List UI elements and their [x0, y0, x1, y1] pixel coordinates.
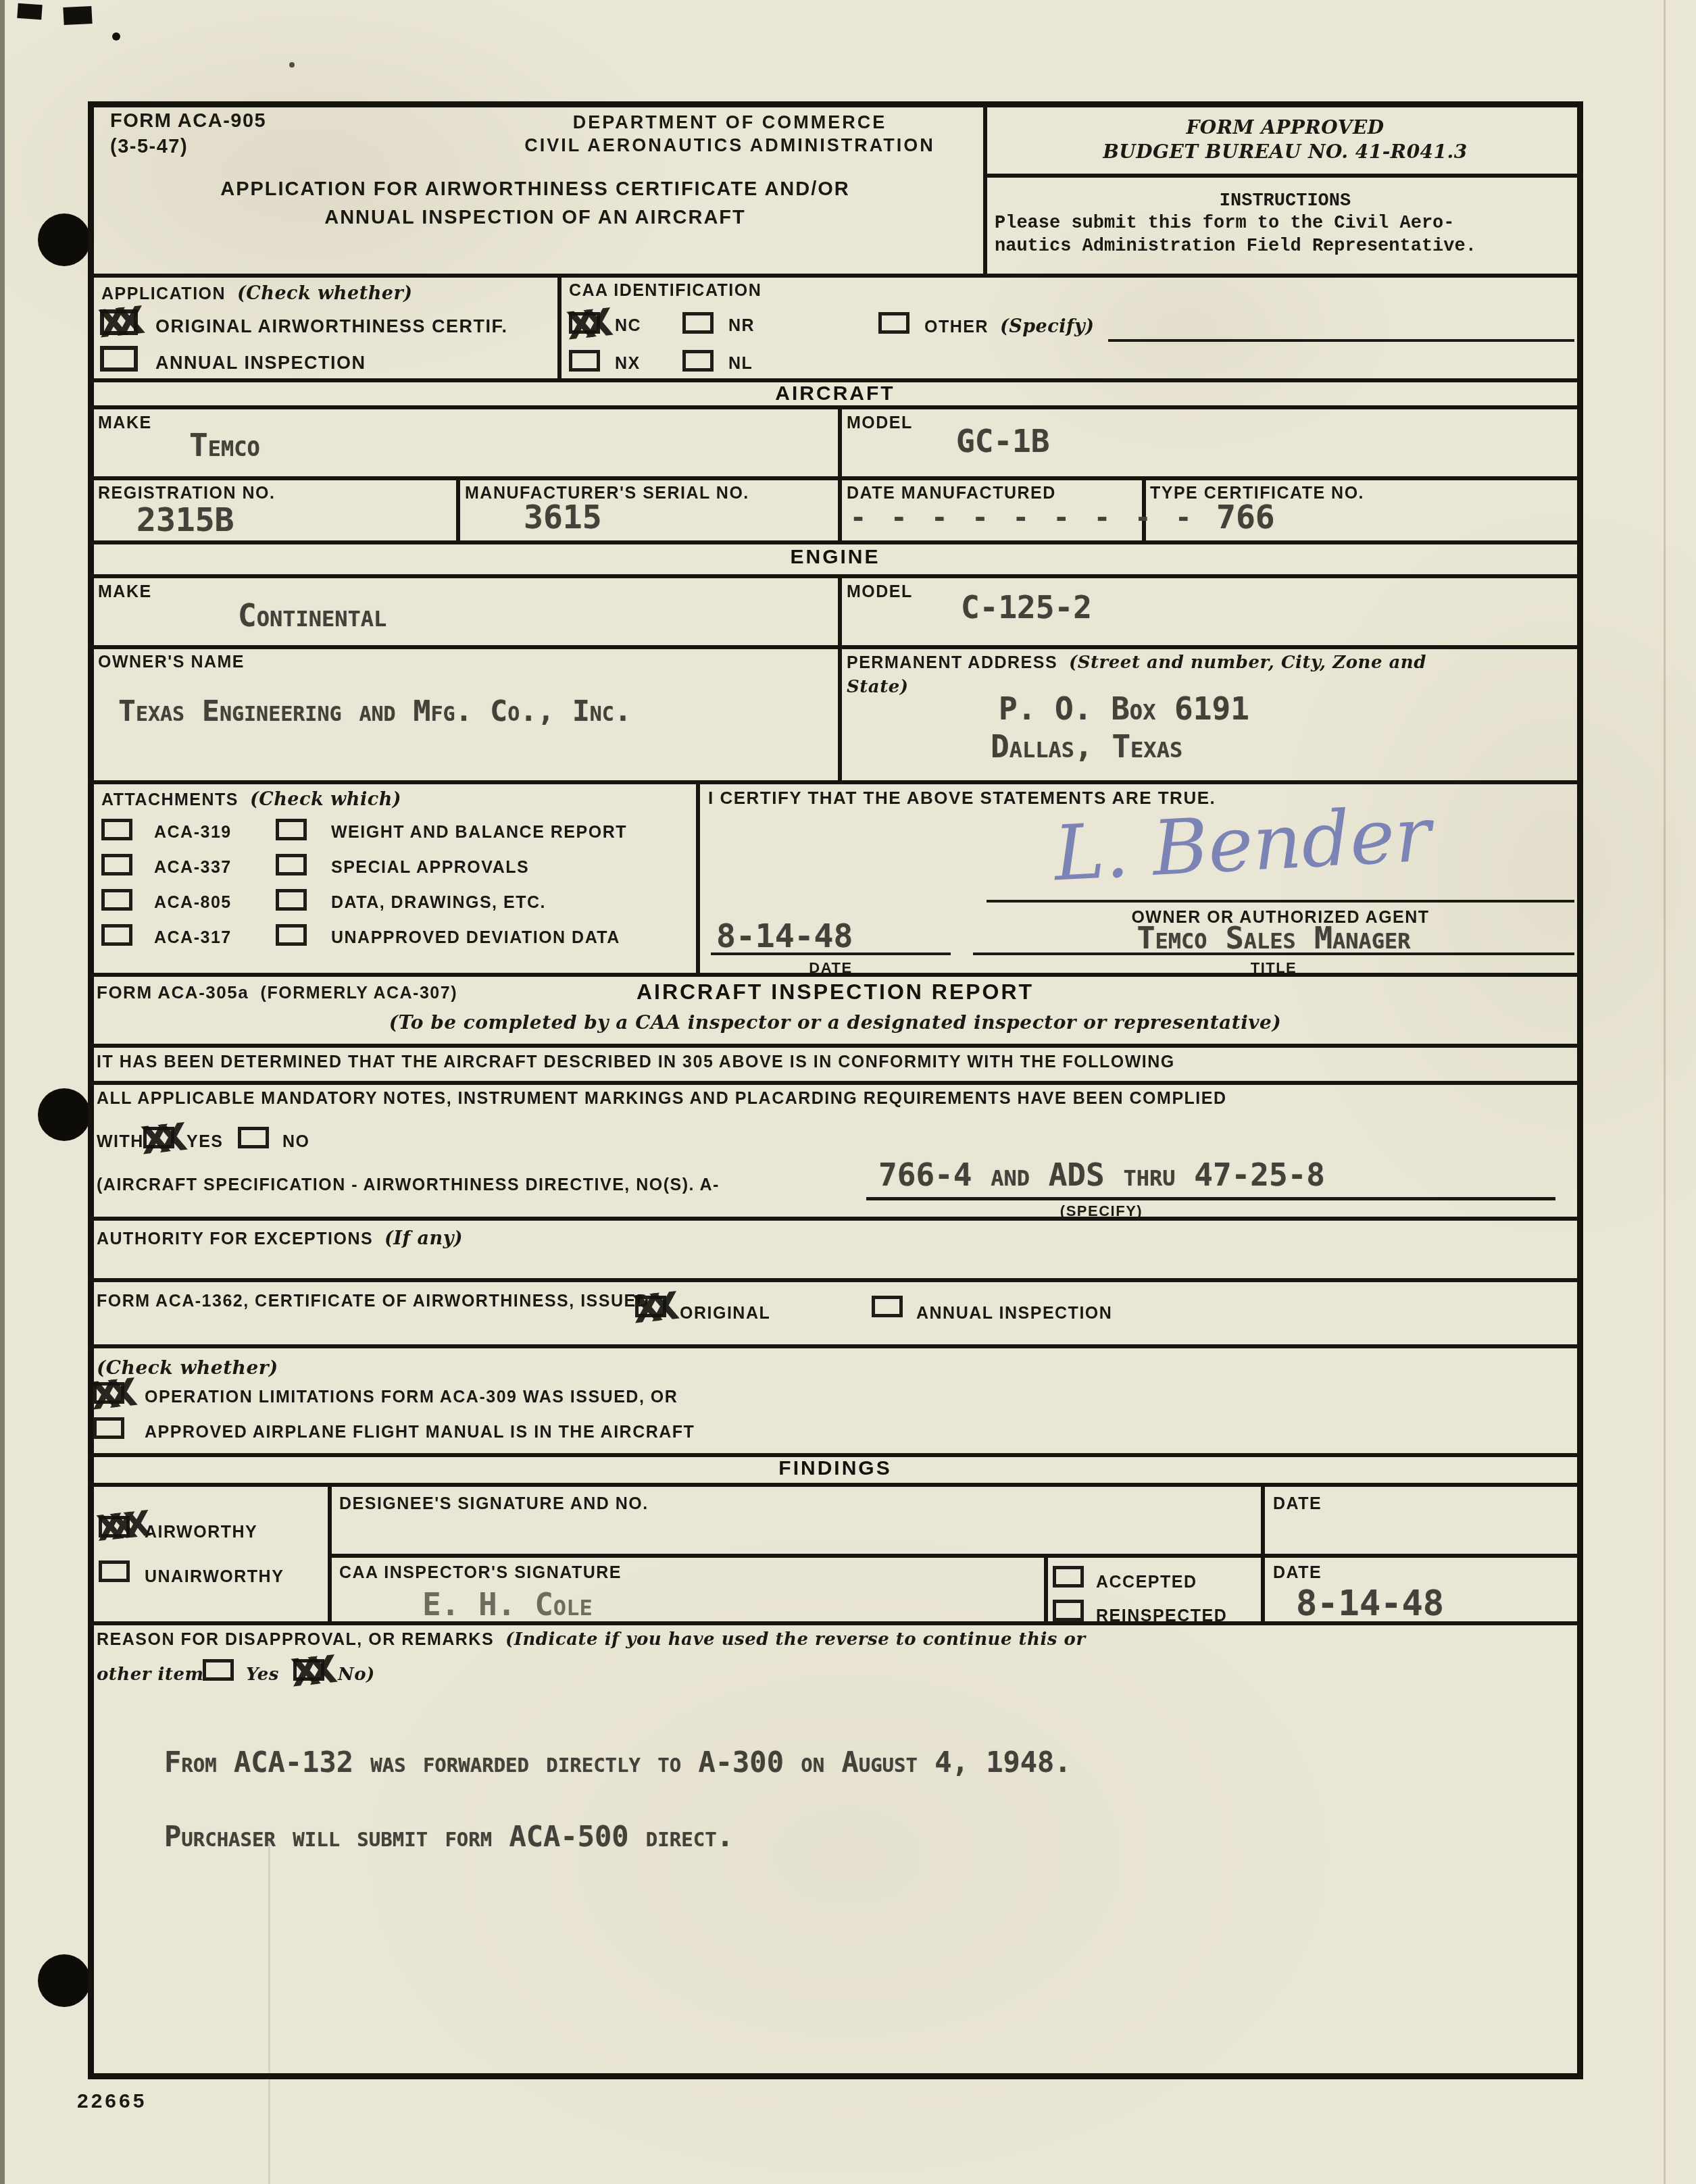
checkbox-aca-317[interactable] [101, 924, 132, 946]
dept-line1: DEPARTMENT OF COMMERCE [459, 112, 1000, 133]
attachment-label: ACA-319 [154, 823, 232, 842]
scanned-form-page: FORM ACA-905 (3-5-47) DEPARTMENT OF COMM… [0, 0, 1696, 2184]
paper-crease [1664, 0, 1666, 2184]
checkbox-annual-inspection[interactable] [100, 346, 138, 372]
signature-line[interactable] [987, 900, 1574, 903]
certify-date-value: 8-14-48 [716, 917, 853, 955]
complied-no-label: NO [282, 1132, 310, 1152]
certify-title-value: Temco Sales Manager [973, 920, 1574, 956]
attachment-label: ACA-317 [154, 928, 232, 948]
owner-address-line1: P. O. Box 6191 [999, 690, 1249, 727]
owner-address-line2: Dallas, Texas [991, 728, 1182, 765]
checkbox-data-drawings[interactable] [276, 889, 307, 911]
aca-1362-label: FORM ACA-1362, CERTIFICATE OF AIRWORTHIN… [97, 1292, 649, 1311]
attachments-hint: (Check which) [250, 789, 401, 810]
checkbox-aca-805[interactable] [101, 889, 132, 911]
checkbox-airworthy[interactable] [99, 1516, 130, 1538]
checkbox-nl[interactable] [682, 350, 714, 372]
form-approved-line2: BUDGET BUREAU NO. 41-R041.3 [988, 141, 1582, 163]
remarks-label: REASON FOR DISAPPROVAL, OR REMARKS (Indi… [97, 1629, 1086, 1650]
operation-limitations-label: OPERATION LIMITATIONS FORM ACA-309 WAS I… [145, 1388, 678, 1407]
attachments-label: ATTACHMENTS (Check which) [101, 789, 401, 810]
engine-make-value: Continental [238, 597, 386, 634]
checkbox-operation-limitations[interactable] [93, 1382, 124, 1404]
engine-model-value: C-125-2 [961, 589, 1092, 626]
unairworthy-label: UNAIRWORTHY [145, 1567, 284, 1587]
flight-manual-label: APPROVED AIRPLANE FLIGHT MANUAL IS IN TH… [145, 1423, 695, 1442]
form-approved-line1: FORM APPROVED [988, 116, 1582, 138]
remarks-hint1: (Indicate if you have used the reverse t… [505, 1629, 1086, 1650]
checkbox-reverse-no[interactable] [293, 1659, 324, 1681]
compliance-line1: ALL APPLICABLE MANDATORY NOTES, INSTRUME… [97, 1089, 1227, 1109]
checkbox-weight-balance[interactable] [276, 819, 307, 840]
reinspected-label: REINSPECTED [1096, 1606, 1227, 1626]
form-title-line1: APPLICATION FOR AIRWORTHINESS CERTIFICAT… [89, 178, 981, 201]
registration-value: 2315B [136, 501, 234, 539]
aircraft-make-label: MAKE [98, 413, 152, 433]
remarks-line1: From ACA-132 was forwarded directly to A… [164, 1746, 1072, 1779]
engine-section-title: ENGINE [88, 546, 1582, 569]
reverse-no-label: No) [338, 1665, 375, 1685]
spec-value: 766-4 and ADS thru 47-25-8 [878, 1157, 1325, 1193]
instructions-title: INSTRUCTIONS [988, 191, 1582, 211]
date-caption: DATE [711, 959, 951, 977]
caa-identification-label: CAA IDENTIFICATION [569, 281, 762, 301]
checkbox-nc[interactable] [569, 312, 600, 334]
remarks-line2: Purchaser will submit form ACA-500 direc… [164, 1820, 734, 1853]
caa-option-label: NX [615, 354, 641, 374]
authority-hint: (If any) [384, 1228, 463, 1249]
check-whether-label: (Check whether) [97, 1356, 278, 1379]
spec-line[interactable] [866, 1197, 1555, 1200]
inspection-report-title: AIRCRAFT INSPECTION REPORT [88, 980, 1582, 1005]
checkbox-issued-annual[interactable] [872, 1296, 903, 1317]
airworthy-label: AIRWORTHY [145, 1523, 257, 1542]
checkbox-aca-319[interactable] [101, 819, 132, 840]
attachment-label: UNAPPROVED DEVIATION DATA [331, 928, 620, 948]
scan-mark [63, 6, 92, 25]
checkbox-issued-original[interactable] [635, 1296, 666, 1317]
determined-statement: IT HAS BEEN DETERMINED THAT THE AIRCRAFT… [97, 1052, 1175, 1072]
scan-edge-strip [0, 0, 5, 2184]
date-line[interactable] [711, 953, 951, 955]
scan-mark [112, 32, 120, 41]
checkbox-unairworthy[interactable] [99, 1560, 130, 1582]
scan-mark [289, 62, 295, 68]
checkbox-special-approvals[interactable] [276, 854, 307, 875]
application-option-label: ANNUAL INSPECTION [155, 353, 366, 374]
title-line[interactable] [973, 953, 1574, 955]
caa-other-label: OTHER (Specify) [924, 316, 1095, 337]
remarks-hint2: other item [97, 1665, 204, 1685]
caa-option-label: NR [728, 316, 755, 336]
findings-date-label: DATE [1273, 1563, 1322, 1583]
issued-annual-label: ANNUAL INSPECTION [916, 1304, 1112, 1323]
checkbox-other[interactable] [878, 312, 909, 334]
checkbox-accepted[interactable] [1053, 1566, 1084, 1588]
attachment-label: ACA-805 [154, 893, 232, 913]
application-hint: (Check whether) [237, 283, 412, 304]
instructions-line1: Please submit this form to the Civil Aer… [995, 213, 1455, 234]
permanent-address-hint2: State) [847, 677, 909, 697]
attachment-label: WEIGHT AND BALANCE REPORT [331, 823, 627, 842]
bottom-serial-number: 22665 [77, 2090, 147, 2113]
inspector-signature-value: E. H. Cole [422, 1586, 593, 1623]
instructions-line2: nautics Administration Field Representat… [995, 236, 1476, 257]
designee-signature-label: DESIGNEE'S SIGNATURE AND NO. [339, 1494, 649, 1514]
application-label: APPLICATION (Check whether) [101, 283, 412, 304]
engine-model-label: MODEL [847, 582, 913, 602]
caa-option-label: NL [728, 354, 753, 374]
permanent-address-hint1: (Street and number, City, Zone and [1069, 653, 1426, 673]
form-title-line2: ANNUAL INSPECTION OF AN AIRCRAFT [89, 207, 981, 229]
owner-name-value: Texas Engineering and Mfg. Co., Inc. [118, 694, 632, 728]
form-revision: (3-5-47) [110, 136, 188, 158]
complied-yes-label: YES [186, 1132, 224, 1152]
registration-label: REGISTRATION NO. [98, 484, 275, 503]
other-specify-line[interactable] [1108, 339, 1574, 342]
punch-hole [38, 213, 91, 266]
checkbox-unapproved-deviation[interactable] [276, 924, 307, 946]
checkbox-complied-no[interactable] [238, 1127, 269, 1148]
date-manufactured-value: - - - - - - - - - [850, 503, 1195, 534]
date-manufactured-label: DATE MANUFACTURED [847, 484, 1056, 503]
punch-hole [38, 1088, 91, 1141]
aircraft-section-title: AIRCRAFT [88, 382, 1582, 405]
authority-label: AUTHORITY FOR EXCEPTIONS (If any) [97, 1228, 463, 1249]
punch-hole [38, 1954, 91, 2007]
checkbox-aca-337[interactable] [101, 854, 132, 875]
form-number: FORM ACA-905 [110, 110, 266, 132]
checkbox-nr[interactable] [682, 312, 714, 334]
attachment-label: DATA, DRAWINGS, ETC. [331, 893, 546, 913]
title-caption: TITLE [973, 959, 1574, 977]
engine-make-label: MAKE [98, 582, 152, 602]
scan-mark [17, 3, 42, 20]
permanent-address-label: PERMANENT ADDRESS (Street and number, Ci… [847, 653, 1426, 673]
application-option-label: ORIGINAL AIRWORTHINESS CERTIF. [155, 316, 508, 337]
checkbox-original-airworthiness[interactable] [100, 309, 138, 335]
serial-value: 3615 [524, 499, 602, 536]
attachment-label: SPECIAL APPROVALS [331, 858, 529, 878]
aircraft-model-label: MODEL [847, 413, 913, 433]
spec-label: (AIRCRAFT SPECIFICATION - AIRWORTHINESS … [97, 1175, 720, 1195]
aircraft-model-value: GC-1B [956, 423, 1049, 459]
checkbox-complied-yes[interactable] [143, 1127, 174, 1148]
checkbox-reverse-yes[interactable] [203, 1659, 234, 1681]
checkbox-reinspected[interactable] [1053, 1600, 1084, 1621]
reverse-yes-label: Yes [246, 1665, 279, 1685]
owner-name-label: OWNER'S NAME [98, 653, 245, 672]
dept-line2: CIVIL AERONAUTICS ADMINISTRATION [459, 135, 1000, 156]
attachment-label: ACA-337 [154, 858, 232, 878]
compliance-with-label: WITH [97, 1132, 144, 1152]
findings-date-value: 8-14-48 [1296, 1583, 1444, 1624]
accepted-label: ACCEPTED [1096, 1573, 1197, 1592]
serial-label: MANUFACTURER'S SERIAL NO. [465, 484, 749, 503]
caa-inspector-signature-label: CAA INSPECTOR'S SIGNATURE [339, 1563, 622, 1583]
designee-date-label: DATE [1273, 1494, 1322, 1514]
caa-other-hint: (Specify) [1000, 316, 1095, 337]
checkbox-flight-manual[interactable] [93, 1417, 124, 1439]
findings-section-title: FINDINGS [88, 1457, 1582, 1480]
type-certificate-value: 766 [1216, 499, 1275, 536]
checkbox-nx[interactable] [569, 350, 600, 372]
spec-caption: (SPECIFY) [939, 1202, 1264, 1220]
caa-option-label: NC [615, 316, 641, 336]
aircraft-make-value: Temco [189, 427, 260, 463]
issued-original-label: ORIGINAL [680, 1304, 770, 1323]
inspection-report-subtitle: (To be completed by a CAA inspector or a… [88, 1011, 1582, 1034]
